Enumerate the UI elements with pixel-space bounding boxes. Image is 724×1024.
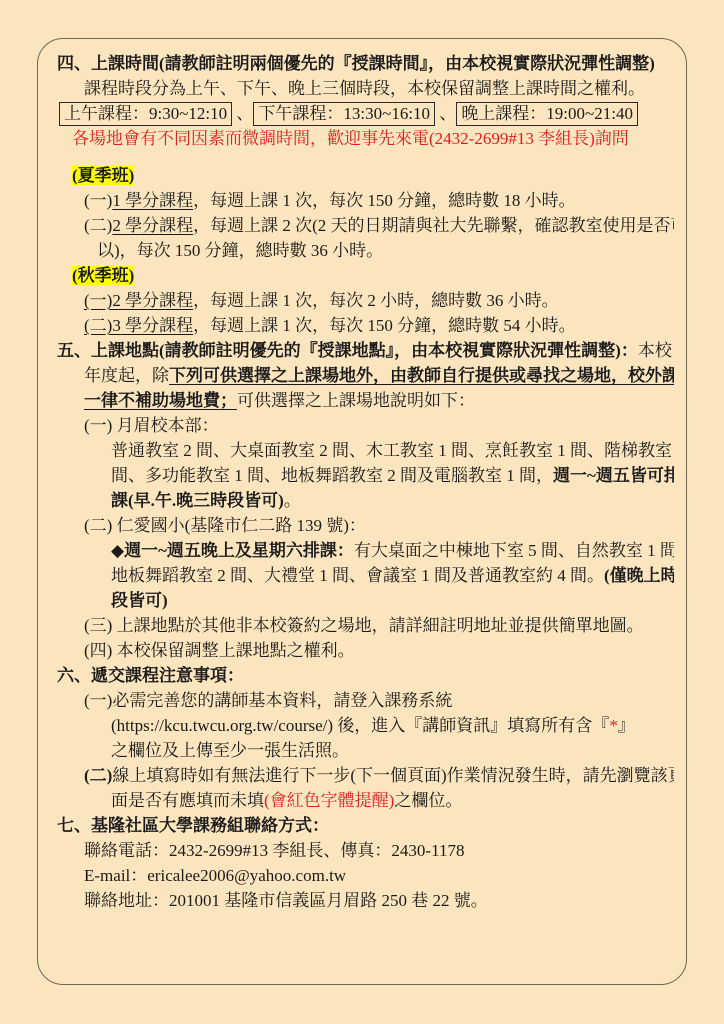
blank-line (57, 151, 674, 163)
text-segment: 年度起，除 (84, 366, 169, 385)
doc-line: 一律不補助場地費；可供選擇之上課場地說明如下： (57, 388, 674, 413)
text-segment: (二)3 學分課程 (84, 316, 193, 335)
doc-line: 聯絡地址：201001 基隆市信義區月眉路 250 巷 22 號。 (57, 888, 674, 913)
doc-line: (秋季班) (57, 263, 674, 288)
season-label-highlighted: (秋季班) (72, 266, 134, 285)
text-segment: (三) 上課地點於其他非本校簽約之場地，請詳細註明地址並提供簡單地圖。 (84, 616, 644, 635)
doc-line: 六、遞交課程注意事項： (57, 663, 674, 688)
doc-line: (二) 仁愛國小(基隆市仁二路 139 號)： (57, 513, 674, 538)
text-segment: 。 (284, 491, 301, 510)
boxed-time-slot: 上午課程：9:30~12:10 (59, 102, 232, 126)
text-segment: 可供選擇之上課場地說明如下： (237, 391, 475, 410)
warning-text: 各場地會有不同因素而微調時間，歡迎事先來電(2432-2699#13 李組長)詢… (72, 129, 629, 148)
doc-line: 普通教室 2 間、大桌面教室 2 間、木工教室 1 間、烹飪教室 1 間、階梯教… (57, 438, 674, 463)
text-segment: ，每週上課 1 次，每次 150 分鐘，總時數 54 小時。 (193, 316, 576, 335)
boxed-time-slot: 下午課程：13:30~16:10 (253, 102, 435, 126)
text-segment: 聯絡電話：2432-2699#13 李組長、傳真：2430-1178 (84, 841, 464, 860)
text-segment: (僅晚上時 (604, 566, 674, 585)
text-segment: (一) 月眉校本部： (84, 416, 219, 435)
text-segment: 下列可供選擇之上課場地外，由教師自行提供或尋找之場地，校外課程 (169, 366, 674, 385)
doc-line: 上午課程：9:30~12:10 、下午課程：13:30~16:10 、晚上課程：… (57, 101, 674, 126)
doc-line: 各場地會有不同因素而微調時間，歡迎事先來電(2432-2699#13 李組長)詢… (57, 126, 674, 151)
text-segment: ，每週上課 2 次(2 天的日期請與社大先聯繫，確認教室使用是否可 (193, 216, 674, 235)
document-page: 四、上課時間(請教師註明兩個優先的『授課時間』，由本校視實際狀況彈性調整)課程時… (0, 0, 724, 1024)
text-segment: 四、上課時間(請教師註明兩個優先的『授課時間』，由本校視實際狀況彈性調整) (57, 54, 655, 73)
text-segment: 地板舞蹈教室 2 間、大禮堂 1 間、會議室 1 間及普通教室約 4 間。 (111, 566, 604, 585)
boxed-time-slot: 晚上課程：19:00~21:40 (456, 102, 638, 126)
doc-line: (二)線上填寫時如有無法進行下一步(下一個頁面)作業情況發生時，請先瀏覽該頁 (57, 763, 674, 788)
doc-line: 地板舞蹈教室 2 間、大禮堂 1 間、會議室 1 間及普通教室約 4 間。(僅晚… (57, 563, 674, 588)
doc-line: 七、基隆社區大學課務組聯絡方式： (57, 813, 674, 838)
text-segment: E-mail：ericalee2006@yahoo.com.tw (84, 866, 346, 885)
text-segment: 週一~週五皆可排 (553, 466, 674, 485)
text-segment: ，每週上課 1 次，每次 2 小時，總時數 36 小時。 (193, 291, 559, 310)
text-segment: (一) (84, 191, 112, 210)
text-segment: 普通教室 2 間、大桌面教室 2 間、木工教室 1 間、烹飪教室 1 間、階梯教… (111, 441, 674, 460)
text-segment: 2 學分課程 (112, 216, 193, 235)
doc-line: 以)，每次 150 分鐘，總時數 36 小時。 (57, 238, 674, 263)
doc-line: (一)2 學分課程，每週上課 1 次，每次 2 小時，總時數 36 小時。 (57, 288, 674, 313)
text-segment: 線上填寫時如有無法進行下一步(下一個頁面)作業情況發生時，請先瀏覽該頁 (112, 766, 674, 785)
doc-line: 課程時段分為上午、下午、晚上三個時段，本校保留調整上課時間之權利。 (57, 76, 674, 101)
text-segment: ，每週上課 1 次，每次 150 分鐘，總時數 18 小時。 (193, 191, 576, 210)
document-body: 四、上課時間(請教師註明兩個優先的『授課時間』，由本校視實際狀況彈性調整)課程時… (57, 51, 674, 976)
text-segment: (一)必需完善您的講師基本資料，請登入課務系統 (84, 691, 452, 710)
doc-line: (二)3 學分課程，每週上課 1 次，每次 150 分鐘，總時數 54 小時。 (57, 313, 674, 338)
doc-line: (四) 本校保留調整上課地點之權利。 (57, 638, 674, 663)
text-segment: (https://kcu.twcu.org.tw/course/) 後，進入『講… (111, 716, 609, 735)
text-segment: 間、多功能教室 1 間、地板舞蹈教室 2 間及電腦教室 1 間， (111, 466, 553, 485)
text-segment: 課程時段分為上午、下午、晚上三個時段，本校保留調整上課時間之權利。 (84, 79, 645, 98)
doc-line: 間、多功能教室 1 間、地板舞蹈教室 2 間及電腦教室 1 間，週一~週五皆可排 (57, 463, 674, 488)
text-segment: 面是否有應填而未填 (111, 791, 264, 810)
season-label-highlighted: (夏季班) (72, 166, 134, 185)
warning-text: (會紅色字體提醒) (264, 791, 394, 810)
doc-line: 段皆可) (57, 588, 674, 613)
rounded-border-frame: 四、上課時間(請教師註明兩個優先的『授課時間』，由本校視實際狀況彈性調整)課程時… (37, 38, 687, 985)
warning-text: * (609, 716, 618, 735)
text-segment: 以)，每次 150 分鐘，總時數 36 小時。 (97, 241, 383, 260)
text-segment: 課(早.午.晚三時段皆可) (111, 491, 284, 510)
doc-line: (三) 上課地點於其他非本校簽約之場地，請詳細註明地址並提供簡單地圖。 (57, 613, 674, 638)
doc-line: 年度起，除下列可供選擇之上課場地外，由教師自行提供或尋找之場地，校外課程 (57, 363, 674, 388)
text-segment: 六、遞交課程注意事項： (57, 666, 244, 685)
doc-line: ◆週一~週五晚上及星期六排課：有大桌面之中棟地下室 5 間、自然教室 1 間、 (57, 538, 674, 563)
text-segment: ◆週一~週五晚上及星期六排課： (111, 541, 354, 560)
text-segment: (一)2 學分課程 (84, 291, 193, 310)
doc-line: 四、上課時間(請教師註明兩個優先的『授課時間』，由本校視實際狀況彈性調整) (57, 51, 674, 76)
doc-line: 五、上課地點(請教師註明優先的『授課地點』，由本校視實際狀況彈性調整)：本校自 … (57, 338, 674, 363)
text-segment: (二) (84, 216, 112, 235)
doc-line: 之欄位及上傳至少一張生活照。 (57, 738, 674, 763)
text-segment: (二) 仁愛國小(基隆市仁二路 139 號)： (84, 516, 366, 535)
doc-line: (一) 月眉校本部： (57, 413, 674, 438)
doc-line: (夏季班) (57, 163, 674, 188)
text-segment: 一律不補助場地費； (84, 391, 237, 410)
doc-line: (二)2 學分課程，每週上課 2 次(2 天的日期請與社大先聯繫，確認教室使用是… (57, 213, 674, 238)
text-segment: 之欄位及上傳至少一張生活照。 (111, 741, 349, 760)
doc-line: 課(早.午.晚三時段皆可)。 (57, 488, 674, 513)
doc-line: E-mail：ericalee2006@yahoo.com.tw (57, 863, 674, 888)
text-segment: 本校自 101 (638, 341, 674, 360)
doc-line: (https://kcu.twcu.org.tw/course/) 後，進入『講… (57, 713, 674, 738)
text-segment: (二) (84, 766, 112, 785)
text-segment: 段皆可) (111, 591, 168, 610)
text-segment: 之欄位。 (394, 791, 462, 810)
text-segment: 、 (232, 104, 253, 123)
text-segment: 1 學分課程 (112, 191, 193, 210)
text-segment: 聯絡地址：201001 基隆市信義區月眉路 250 巷 22 號。 (84, 891, 488, 910)
text-segment: 有大桌面之中棟地下室 5 間、自然教室 1 間、 (354, 541, 674, 560)
doc-line: 聯絡電話：2432-2699#13 李組長、傳真：2430-1178 (57, 838, 674, 863)
text-segment: 、 (435, 104, 456, 123)
doc-line: (一)必需完善您的講師基本資料，請登入課務系統 (57, 688, 674, 713)
text-segment: 』 (618, 716, 635, 735)
text-segment: 七、基隆社區大學課務組聯絡方式： (57, 816, 329, 835)
doc-line: (一)1 學分課程，每週上課 1 次，每次 150 分鐘，總時數 18 小時。 (57, 188, 674, 213)
text-segment: 五、上課地點(請教師註明優先的『授課地點』，由本校視實際狀況彈性調整)： (57, 341, 638, 360)
doc-line: 面是否有應填而未填(會紅色字體提醒)之欄位。 (57, 788, 674, 813)
text-segment: (四) 本校保留調整上課地點之權利。 (84, 641, 355, 660)
